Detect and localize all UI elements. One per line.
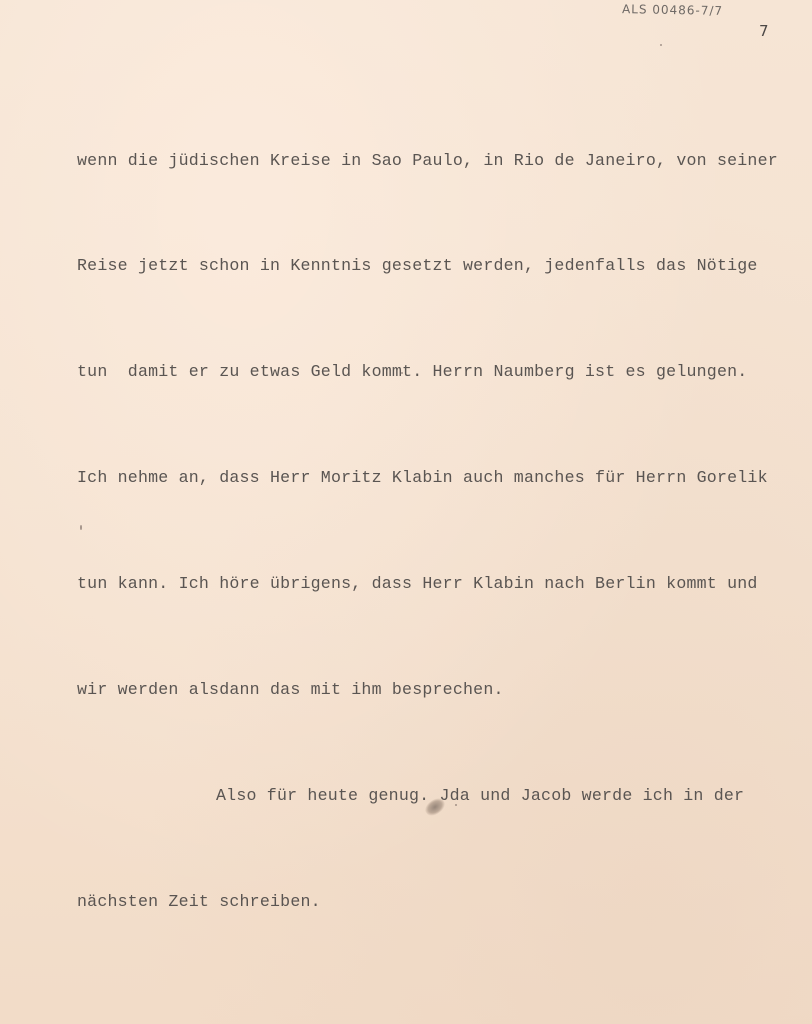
text-line: wir werden alsdann das mit ihm bespreche… xyxy=(77,672,807,707)
paper-speck xyxy=(455,804,457,806)
page-number: 7 xyxy=(759,22,769,40)
text-line: wenn die jüdischen Kreise in Sao Paulo, … xyxy=(77,143,807,178)
text-line: Reise jetzt schon in Kenntnis gesetzt we… xyxy=(77,248,807,283)
text-line: Ich nehme an, dass Herr Moritz Klabin au… xyxy=(77,460,807,495)
text-line: tun kann. Ich höre übrigens, dass Herr K… xyxy=(77,566,807,601)
paper-page: ALS 00486-7/7 7 wenn die jüdischen Kreis… xyxy=(0,0,812,1024)
text-line: tun damit er zu etwas Geld kommt. Herrn … xyxy=(77,354,807,389)
archive-reference-stamp: ALS 00486-7/7 xyxy=(622,2,723,18)
paper-speck xyxy=(80,525,82,530)
paper-speck xyxy=(660,44,662,46)
paper-speck xyxy=(401,372,403,374)
text-line: nächsten Zeit schreiben. xyxy=(77,884,807,919)
letter-body: wenn die jüdischen Kreise in Sao Paulo, … xyxy=(77,72,807,990)
